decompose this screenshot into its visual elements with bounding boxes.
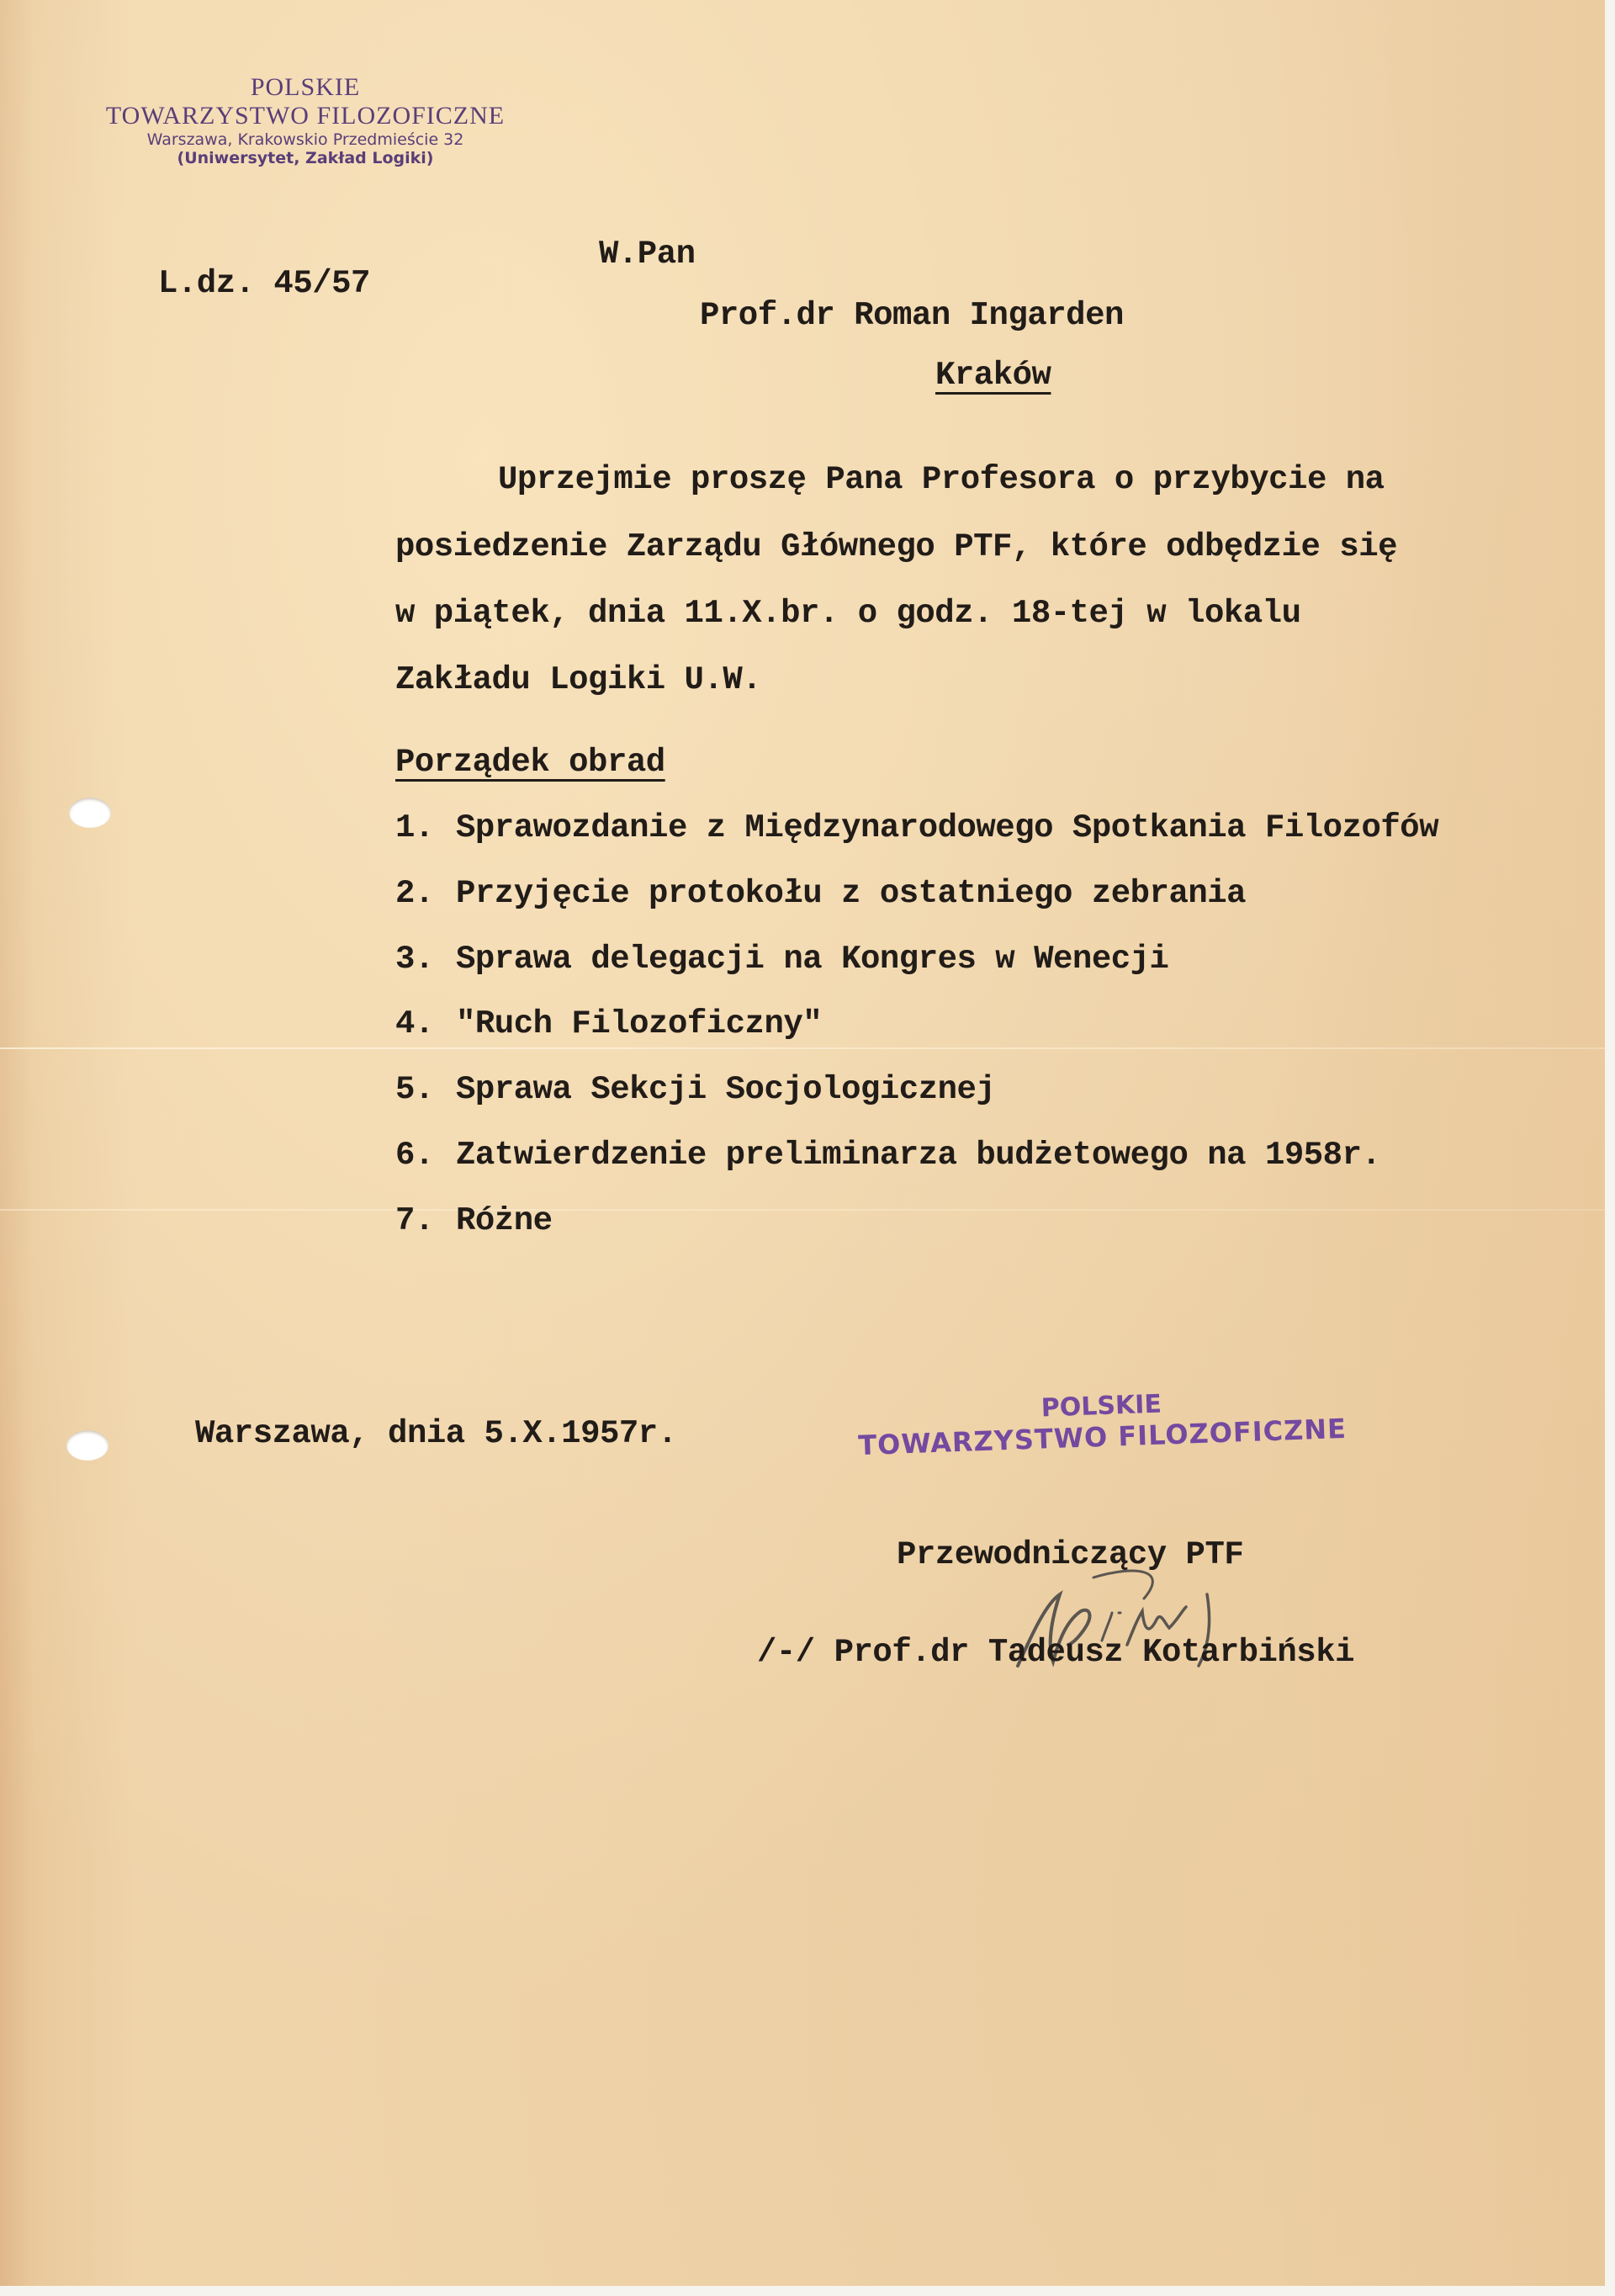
punch-hole-icon <box>69 798 111 828</box>
stamp-address: Warszawa, Krakowskio Przedmieście 32 <box>82 132 528 149</box>
agenda-item: 4."Ruch Filozoficzny" <box>395 1005 822 1042</box>
agenda-item-text: Różne <box>456 1202 553 1239</box>
agenda-item-number: 5. <box>395 1071 456 1108</box>
agenda-item-text: Zatwierdzenie preliminarza budżetowego n… <box>456 1137 1380 1174</box>
recipient-salutation: W.Pan <box>599 236 696 273</box>
stamp-line: TOWARZYSTWO FILOZOFICZNE <box>82 103 528 130</box>
recipient-name: Prof.dr Roman Ingarden <box>700 297 1124 334</box>
recipient-city: Kraków <box>925 357 1061 394</box>
agenda-item: 6.Zatwierdzenie preliminarza budżetowego… <box>395 1137 1380 1174</box>
agenda-heading: Porządek obrad <box>395 744 665 781</box>
agenda-item-text: Sprawozdanie z Międzynarodowego Spotkani… <box>456 809 1438 846</box>
place-date: Warszawa, dnia 5.X.1957r. <box>195 1415 677 1452</box>
agenda-item-number: 2. <box>395 875 456 912</box>
signatory-name: /-/ Prof.dr Tadeusz Kotarbiński <box>757 1634 1354 1671</box>
agenda-item-number: 3. <box>395 941 456 978</box>
stamp-address: (Uniwersytet, Zakład Logiki) <box>82 151 528 167</box>
agenda-item-text: Przyjęcie protokołu z ostatniego zebrani… <box>456 875 1246 912</box>
agenda-item-text: Sprawa delegacji na Kongres w Wenecji <box>456 941 1168 978</box>
scan-border <box>0 2286 1615 2296</box>
agenda-item-number: 6. <box>395 1137 456 1174</box>
letterhead-stamp: POLSKIE TOWARZYSTWO FILOZOFICZNE Warszaw… <box>82 74 528 167</box>
organization-stamp: POLSKIE TOWARZYSTWO FILOZOFICZNE <box>819 1382 1385 1462</box>
scan-border <box>1605 0 1615 2296</box>
reference-number: L.dz. 45/57 <box>158 265 370 302</box>
body-line: Uprzejmie proszę Pana Profesora o przyby… <box>498 461 1385 498</box>
stamp-line: POLSKIE <box>82 74 528 101</box>
body-line: Zakładu Logiki U.W. <box>395 661 761 698</box>
paper-fold-line <box>0 1209 1605 1211</box>
agenda-item: 5.Sprawa Sekcji Socjologicznej <box>395 1071 995 1108</box>
agenda-item: 7.Różne <box>395 1202 553 1239</box>
agenda-item-number: 4. <box>395 1005 456 1042</box>
agenda-item-number: 7. <box>395 1202 456 1239</box>
agenda-item-text: Sprawa Sekcji Socjologicznej <box>456 1071 995 1108</box>
paper-fold-line <box>0 1047 1605 1049</box>
agenda-item-text: "Ruch Filozoficzny" <box>456 1005 822 1042</box>
body-line: posiedzenie Zarządu Głównego PTF, które … <box>395 528 1397 565</box>
agenda-item: 1.Sprawozdanie z Międzynarodowego Spotka… <box>395 809 1438 846</box>
agenda-item: 3.Sprawa delegacji na Kongres w Wenecji <box>395 941 1168 978</box>
punch-hole-icon <box>66 1430 109 1461</box>
agenda-item: 2.Przyjęcie protokołu z ostatniego zebra… <box>395 875 1246 912</box>
agenda-item-number: 1. <box>395 809 456 846</box>
body-line: w piątek, dnia 11.X.br. o godz. 18-tej w… <box>395 595 1300 632</box>
letter-page: POLSKIE TOWARZYSTWO FILOZOFICZNE Warszaw… <box>0 0 1605 2286</box>
